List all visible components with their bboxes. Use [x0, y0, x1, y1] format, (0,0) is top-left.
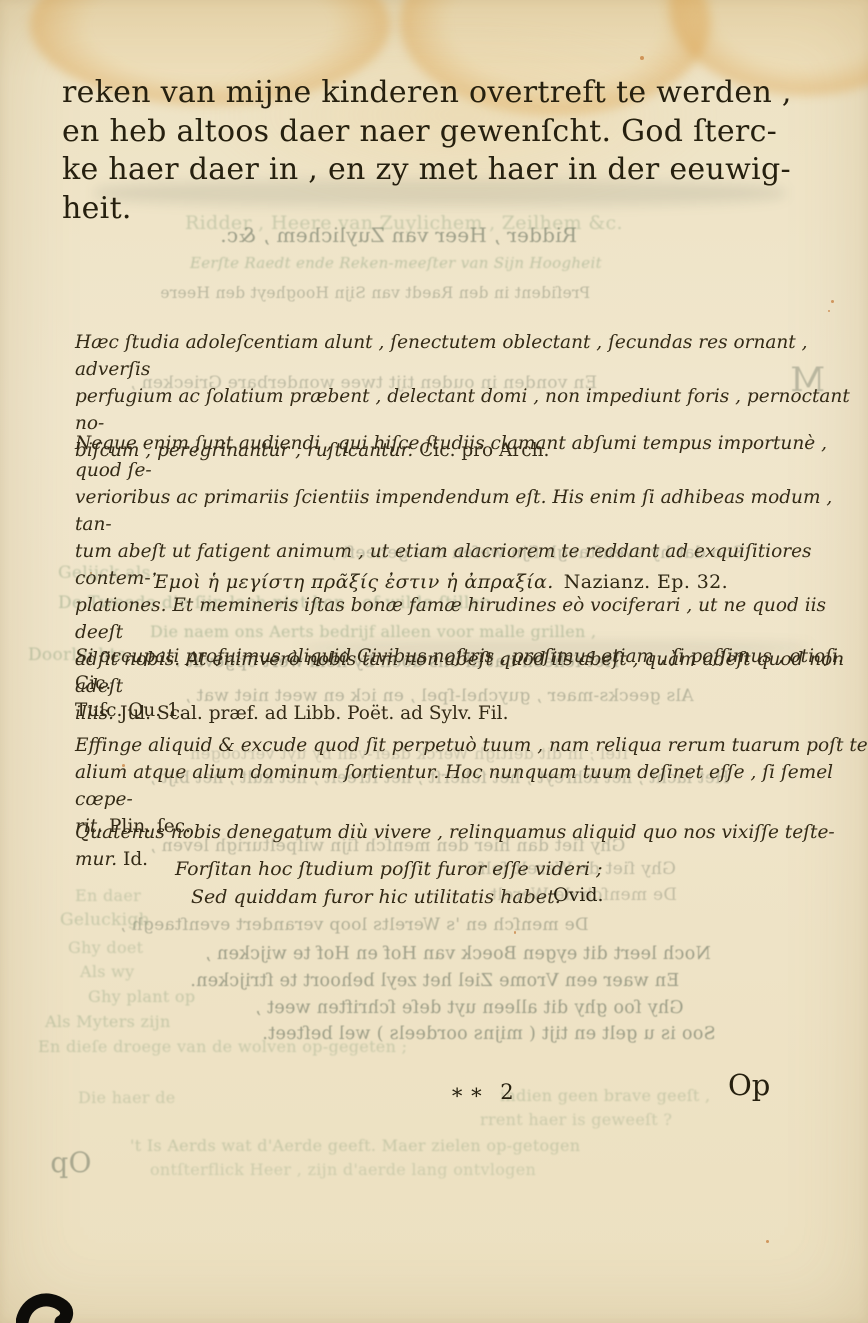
quote-citation: Id.	[123, 849, 148, 870]
bleedthrough-text-line: Soo is u gelt en tijt ( mijns oordeels )…	[262, 1024, 716, 1044]
book-page-scan: Ridder , Heer van Zuylichem , &c.Preſide…	[0, 0, 868, 1323]
foxing-speck	[640, 56, 644, 60]
bleedthrough-text-line: Preſident in den Raedt van Sijn Hoogheyt…	[160, 284, 590, 302]
offset-ghost-text-line: Ghy doet	[68, 938, 143, 957]
ink-blot	[16, 1292, 82, 1323]
quote-body: Si occupati profuimus aliquid Civibus no…	[75, 646, 844, 667]
bleedthrough-text-line: Ghy ſoo ghy dit alleen uyt deſe ſchrifte…	[255, 998, 683, 1018]
ovid-couplet-line-2: Sed quiddam furor hic utilitatis habet.	[191, 886, 561, 908]
offset-ghost-text-line: Als Myters zijn	[45, 1012, 171, 1031]
ovid-citation: Ovid.	[553, 884, 604, 906]
offset-ghost-text-line: Eerſte Raedt ende Reken-meeſter van Sijn…	[190, 254, 602, 272]
bleedthrough-text-line: Noch leert dit eygen Boeck van Hof en Ho…	[205, 944, 711, 964]
offset-ghost-text-line: En dieſe droege van de wolven op-gegeten…	[38, 1037, 407, 1056]
offset-ghost-text-line: Geluckigh	[60, 910, 150, 930]
offset-ghost-text-line: En daer	[75, 886, 141, 905]
offset-ghost-text-line: 't Is Aerds wat d'Aerde geeft. Maer ziel…	[130, 1136, 580, 1155]
bleedthrough-text-line: En waer een Vrome Ziel het zeyl behoort …	[190, 971, 679, 991]
bleedthrough-text-line: De menſch en 's Werelts loop verandert e…	[120, 915, 589, 935]
opening-dutch-paragraph: reken van mijne kinderen overtreft te we…	[62, 74, 842, 228]
offset-ghost-text-line: Ghy plant op	[88, 987, 195, 1006]
offset-ghost-text-line: rrent haer is geweeſt ?	[480, 1110, 672, 1129]
bleedthrough-text-line: Op	[50, 1146, 91, 1179]
foxing-speck	[766, 1240, 769, 1243]
offset-ghost-text-line: Als wy	[80, 962, 135, 981]
offset-ghost-text-line: ontſterflick Heer , zijn d'aerde lang on…	[150, 1160, 536, 1179]
offset-ghost-text-line: Die haer de	[78, 1088, 176, 1107]
catchword: Op	[728, 1068, 770, 1102]
greek-quote-nazianzen: Ἐμοὶ ἡ μεγίστη πρᾶξίς ἐστιν ἡ ἀπραξία.Na…	[152, 571, 728, 593]
offset-ghost-text-line: indien geen brave geeſt ,	[500, 1086, 710, 1105]
foxing-speck	[514, 931, 516, 934]
greek-text: Ἐμοὶ ἡ μεγίστη πρᾶξίς ἐστιν ἡ ἀπραξία.	[152, 571, 554, 593]
signature-mark: ∗∗ 2	[450, 1080, 519, 1104]
quote-citation: Nazianz. Ep. 32.	[564, 571, 728, 593]
ovid-couplet-line-1: Forſitan hoc ſtudium poſſit furor eſſe v…	[175, 858, 603, 880]
